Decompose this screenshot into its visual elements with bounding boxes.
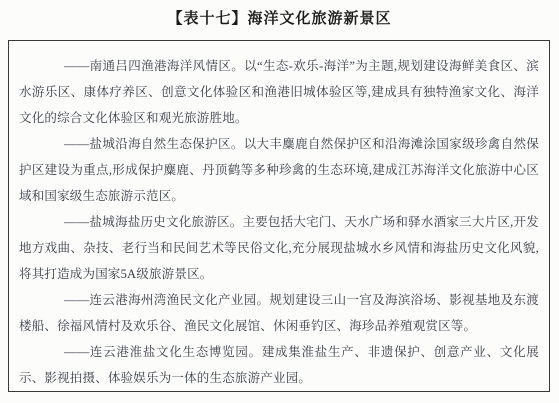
table-title: 【表十七】海洋文化旅游新景区 [0, 0, 559, 29]
document-page: 【表十七】海洋文化旅游新景区 ——南通吕四渔港海洋风情区。以“生态-欢乐-海洋”… [0, 0, 559, 403]
paragraph-lianyungang-haizhouwan: ——连云港海州湾渔民文化产业园。规划建设三山一宫及海滨浴场、影视基地及东渡楼船、… [19, 287, 539, 339]
paragraph-yancheng-haiyan-history: ——盐城海盐历史文化旅游区。主要包括大宅门、天水广场和驿水酒家三大片区,开发地方… [19, 209, 539, 287]
paragraph-lianyungang-huaiyan: ——连云港淮盐文化生态博览园。建成集淮盐生产、非遗保护、创意产业、文化展示、影视… [19, 339, 539, 391]
paragraph-nantong-lvsi: ——南通吕四渔港海洋风情区。以“生态-欢乐-海洋”为主题,规划建设海鲜美食区、滨… [19, 53, 539, 131]
content-box: ——南通吕四渔港海洋风情区。以“生态-欢乐-海洋”为主题,规划建设海鲜美食区、滨… [8, 40, 550, 392]
paragraph-yancheng-nature-reserve: ——盐城沿海自然生态保护区。以大丰麋鹿自然保护区和沿海滩涂国家级珍禽自然保护区建… [19, 131, 539, 209]
